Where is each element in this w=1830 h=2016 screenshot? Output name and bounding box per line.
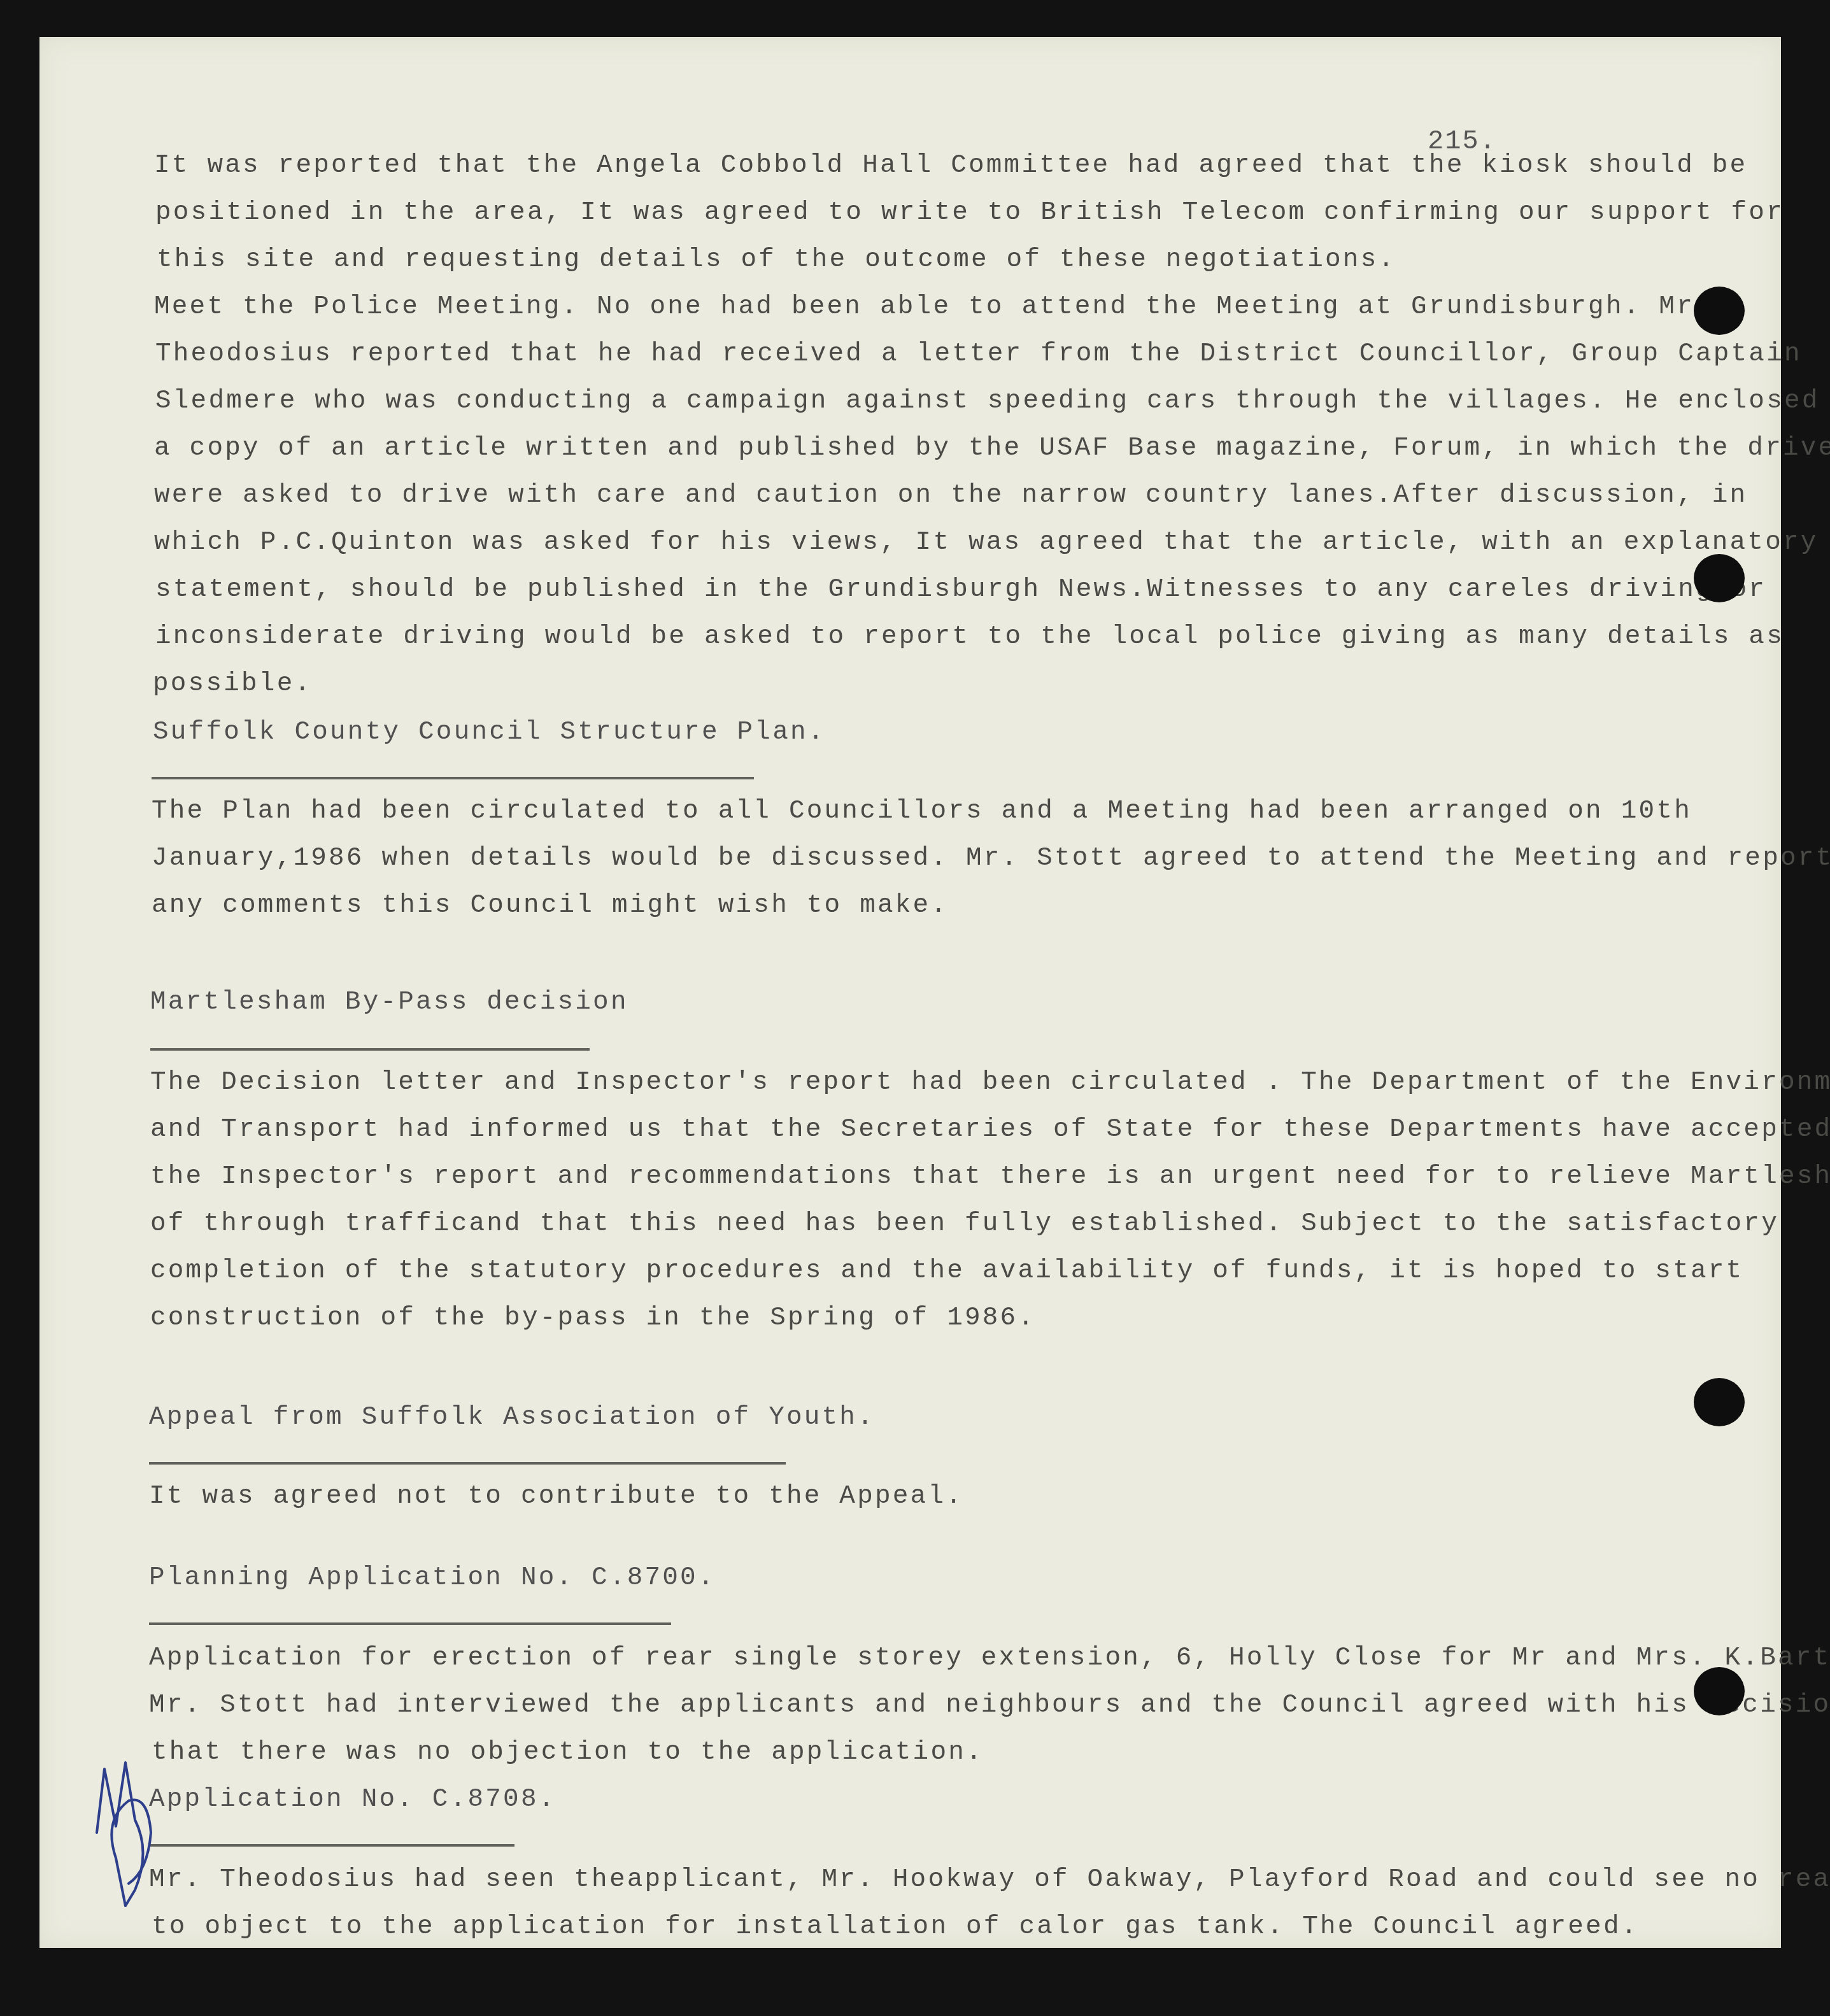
paragraph-line: possible. bbox=[153, 671, 312, 697]
heading-underline bbox=[149, 1462, 786, 1465]
paragraph-line: to object to the application for install… bbox=[152, 1914, 1639, 1940]
punch-hole bbox=[1694, 1667, 1745, 1715]
paragraph-line: of through trafficand that this need has… bbox=[150, 1211, 1779, 1237]
paragraph-line: that there was no objection to the appli… bbox=[152, 1740, 984, 1766]
paragraph-line: were asked to drive with care and cautio… bbox=[154, 483, 1747, 509]
paragraph-line: statement, should be published in the Gr… bbox=[155, 577, 1766, 603]
paragraph-line: this site and requesting details of the … bbox=[157, 247, 1396, 273]
punch-hole bbox=[1694, 554, 1745, 602]
paragraph-line: It was agreed not to contribute to the A… bbox=[149, 1484, 963, 1510]
punch-hole bbox=[1694, 1378, 1745, 1426]
paragraph-line: a copy of an article written and publish… bbox=[154, 436, 1830, 462]
paragraph-line: Meet the Police Meeting. No one had been… bbox=[154, 294, 1712, 320]
paragraph-line: Mr. Theodosius had seen theapplicant, Mr… bbox=[149, 1867, 1830, 1893]
paragraph-line: the Inspector's report and recommendatio… bbox=[150, 1164, 1830, 1190]
heading-underline bbox=[152, 777, 754, 779]
paragraph-line: inconsiderate driving would be asked to … bbox=[155, 624, 1784, 650]
section-heading: Suffolk County Council Structure Plan. bbox=[153, 720, 826, 746]
section-heading: Application No. C.8708. bbox=[149, 1787, 557, 1813]
paragraph-line: completion of the statutory procedures a… bbox=[150, 1258, 1743, 1284]
punch-hole bbox=[1694, 287, 1745, 335]
paragraph-line: Application for erection of rear single … bbox=[149, 1645, 1830, 1672]
paragraph-line: any comments this Council might wish to … bbox=[152, 893, 948, 919]
heading-underline bbox=[149, 1622, 671, 1625]
paragraph-line: Theodosius reported that he had received… bbox=[155, 341, 1802, 367]
paragraph-line: The Plan had been circulated to all Coun… bbox=[152, 799, 1692, 825]
heading-underline bbox=[149, 1844, 514, 1847]
handwritten-initials-icon bbox=[90, 1756, 160, 1909]
paragraph-line: and Transport had informed us that the S… bbox=[150, 1117, 1830, 1143]
paragraph-line: positioned in the area, It was agreed to… bbox=[155, 200, 1784, 226]
paragraph-line: It was reported that the Angela Cobbold … bbox=[154, 153, 1747, 179]
paragraph-line: construction of the by-pass in the Sprin… bbox=[150, 1305, 1035, 1331]
heading-underline bbox=[150, 1048, 590, 1051]
section-heading: Martlesham By-Pass decision bbox=[150, 990, 628, 1016]
document-page: 215. It was reported that the Angela Cob… bbox=[39, 37, 1781, 1948]
paragraph-line: Sledmere who was conducting a campaign a… bbox=[155, 388, 1820, 415]
paragraph-line: Mr. Stott had interviewed the applicants… bbox=[149, 1693, 1830, 1719]
section-heading: Appeal from Suffolk Association of Youth… bbox=[149, 1405, 875, 1431]
paragraph-line: The Decision letter and Inspector's repo… bbox=[150, 1070, 1830, 1096]
paragraph-line: which P.C.Quinton was asked for his view… bbox=[154, 530, 1819, 556]
paragraph-line: January,1986 when details would be discu… bbox=[152, 846, 1830, 872]
section-heading: Planning Application No. C.8700. bbox=[149, 1565, 716, 1591]
